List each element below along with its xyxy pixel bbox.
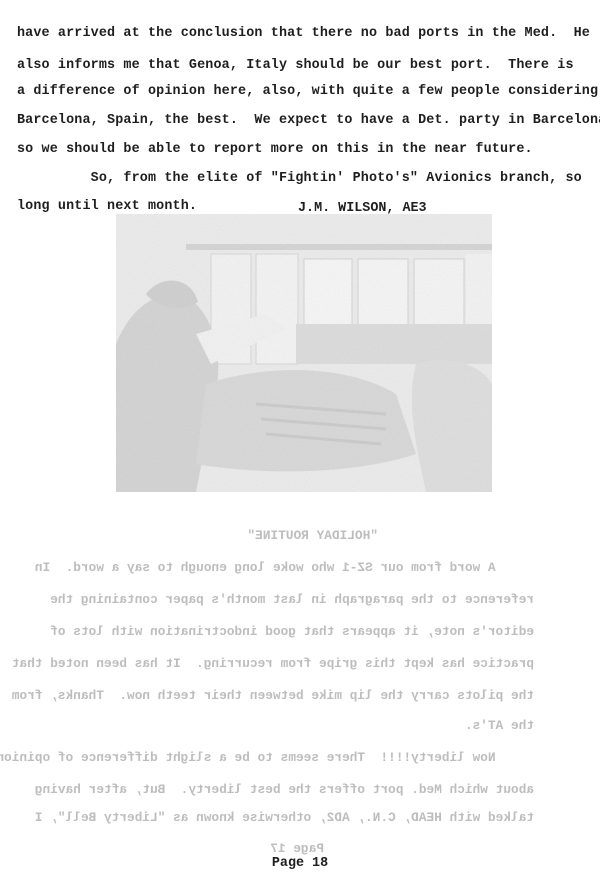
photo-image bbox=[116, 214, 492, 492]
bleed-line: the pilots carry the lip mike between th… bbox=[12, 688, 534, 703]
body-line-7: long until next month. bbox=[17, 199, 197, 214]
bleed-line: talked with HEAD, C.N., AD2, otherwise k… bbox=[35, 810, 534, 825]
bleed-line: Now liberty!!!! There seems to be a slig… bbox=[0, 750, 534, 765]
signature: J.M. WILSON, AE3 bbox=[298, 201, 427, 216]
bleed-page-number: Page 17 bbox=[270, 841, 324, 856]
page-number: Page 18 bbox=[0, 856, 600, 871]
faded-photograph bbox=[116, 214, 492, 492]
bleed-line: reference to the paragraph in last month… bbox=[50, 592, 534, 607]
body-line-4: Barcelona, Spain, the best. We expect to… bbox=[17, 113, 600, 128]
bleed-line: the AT's. bbox=[465, 718, 534, 733]
bleed-line: editor's note, it appears that good indo… bbox=[50, 624, 534, 639]
body-line-3: a difference of opinion here, also, with… bbox=[17, 84, 598, 99]
bleed-line: A word from our SZ-1 who woke long enoug… bbox=[35, 560, 534, 575]
body-line-1: have arrived at the conclusion that ther… bbox=[17, 26, 590, 41]
bleed-line: practice has kept this gripe from recurr… bbox=[12, 656, 534, 671]
body-line-2: also informs me that Genoa, Italy should… bbox=[17, 58, 574, 73]
body-line-5: so we should be able to report more on t… bbox=[17, 142, 533, 157]
bleed-line: about which Med. port offers the best li… bbox=[35, 782, 534, 797]
body-line-6: So, from the elite of "Fightin' Photo's"… bbox=[17, 171, 582, 186]
bleed-title: "HOLIDAY ROUTINE" bbox=[247, 528, 378, 543]
